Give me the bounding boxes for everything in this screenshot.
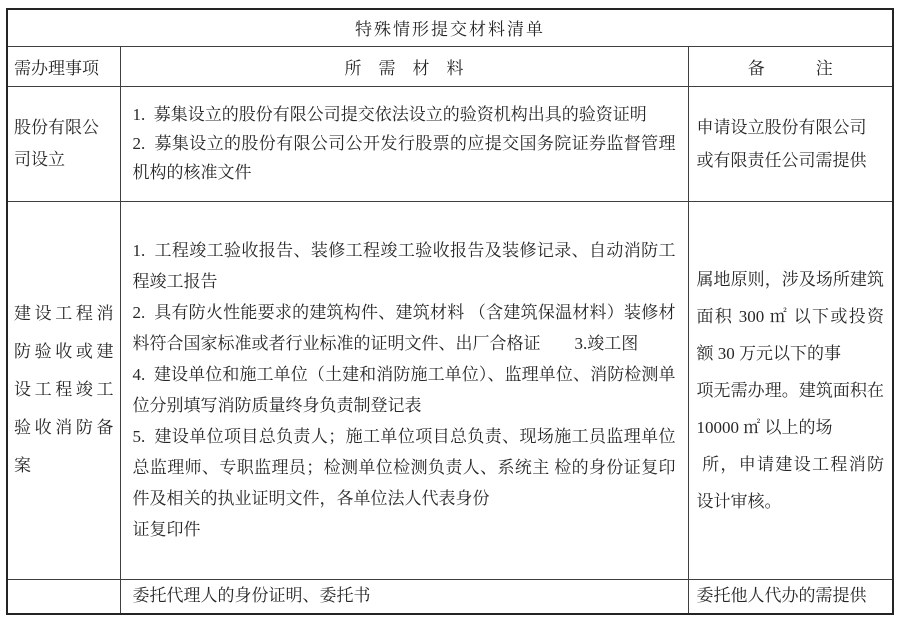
table-title: 特殊情形提交材料清单 <box>7 9 893 46</box>
table-row: 股份有限公司设立 1. 募集设立的股份有限公司提交依法设立的验资机构出具的验资证… <box>7 86 893 201</box>
row-materials: 1. 募集设立的股份有限公司提交依法设立的验资机构出具的验资证明 2. 募集设立… <box>120 86 688 201</box>
row-materials: 委托代理人的身份证明、委托书 <box>120 579 688 614</box>
table-row: 委托代理人的身份证明、委托书 委托他人代办的需提供 <box>7 579 893 614</box>
row-materials: 1. 工程竣工验收报告、装修工程竣工验收报告及装修记录、自动消防工程竣工报告 2… <box>120 201 688 579</box>
title-row: 特殊情形提交材料清单 <box>7 9 893 46</box>
row-note: 属地原则，涉及场所建筑面积 300 ㎡ 以下或投资额 30 万元以下的事 项无需… <box>688 201 893 579</box>
table-row: 建设工程消防验收或建设工程竣工验收消防备案 1. 工程竣工验收报告、装修工程竣工… <box>7 201 893 579</box>
document-page: 特殊情形提交材料清单 需办理事项 所 需 材 料 备 注 股份有限公司设立 1.… <box>0 0 900 621</box>
row-item-fire-inspection: 建设工程消防验收或建设工程竣工验收消防备案 <box>7 201 120 579</box>
header-note-column: 备 注 <box>688 46 893 86</box>
header-item-column: 需办理事项 <box>7 46 120 86</box>
header-materials-column: 所 需 材 料 <box>120 46 688 86</box>
row-item-empty <box>7 579 120 614</box>
row-note: 申请设立股份有限公司 或有限责任公司需提供 <box>688 86 893 201</box>
special-materials-table: 特殊情形提交材料清单 需办理事项 所 需 材 料 备 注 股份有限公司设立 1.… <box>6 8 894 615</box>
row-item-company-establishment: 股份有限公司设立 <box>7 86 120 201</box>
header-row: 需办理事项 所 需 材 料 备 注 <box>7 46 893 86</box>
row-note: 委托他人代办的需提供 <box>688 579 893 614</box>
